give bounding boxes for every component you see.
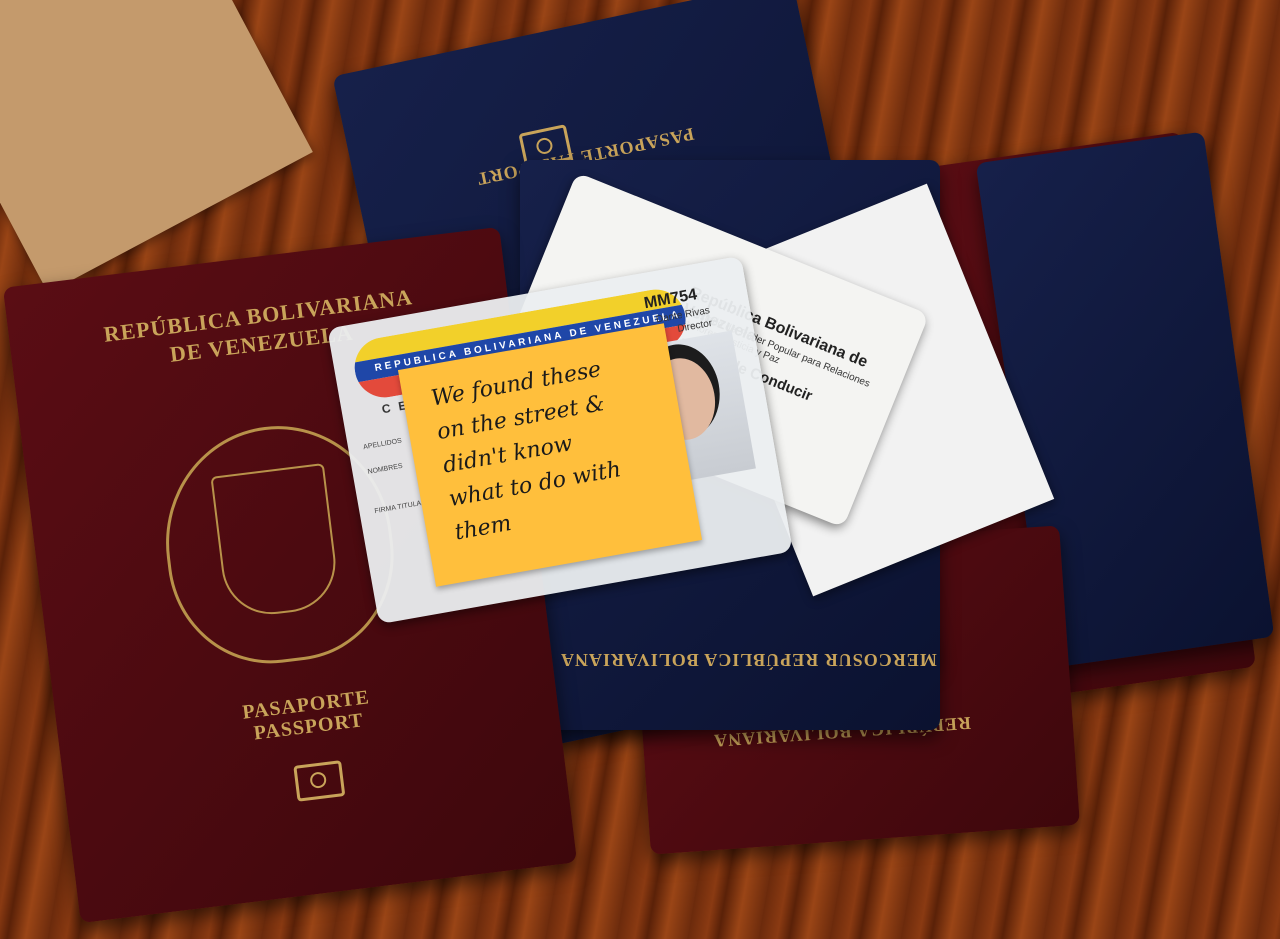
field-nombres: NOMBRES — [367, 463, 403, 476]
sticky-note: We found these on the street & didn't kn… — [398, 323, 702, 587]
sticky-note-text: We found these on the street & didn't kn… — [429, 345, 675, 551]
field-firma: FIRMA TITULAR — [374, 499, 427, 515]
envelope — [0, 0, 313, 293]
passport-label: PASAPORTE PASSPORT — [56, 664, 558, 769]
biometric-chip-icon — [293, 760, 345, 802]
field-apellidos: APELLIDOS — [363, 438, 403, 452]
passport-blue-mid-label: MERCOSUR REPÚBLICA BOLIVARIANA — [560, 649, 937, 670]
